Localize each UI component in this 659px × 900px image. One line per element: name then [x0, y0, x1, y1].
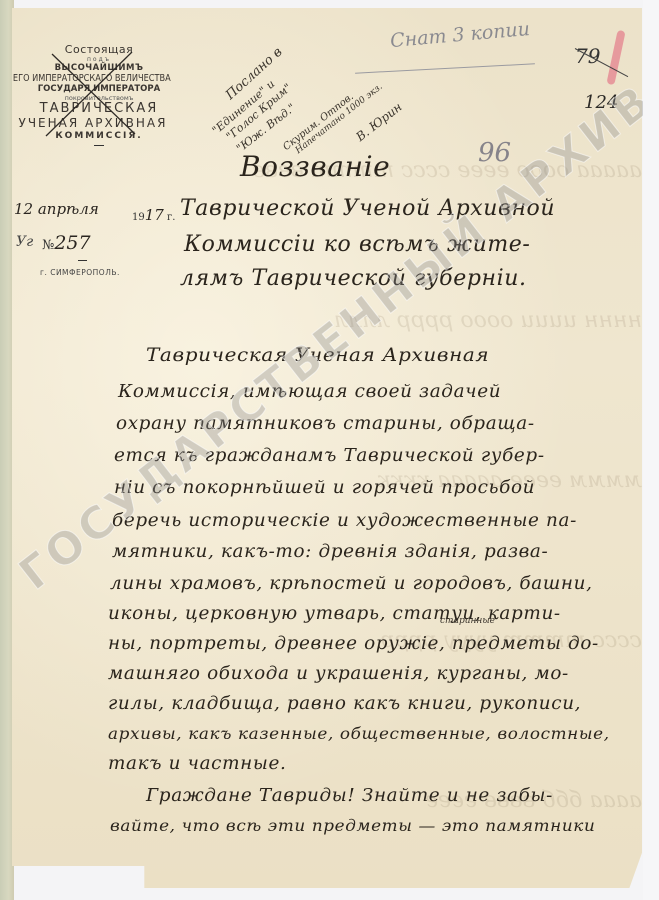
- body-line: охрану памятниковъ старины, обраща-: [116, 414, 535, 434]
- year-printed: 19: [132, 212, 145, 223]
- divider: [94, 145, 104, 146]
- letterhead-line: Состоящая: [14, 44, 184, 57]
- year-suffix: г.: [167, 212, 175, 223]
- side-mark: Уг: [16, 234, 33, 250]
- binding-strip: [0, 0, 14, 900]
- body-line: архивы, какъ казенные, общественные, вол…: [108, 724, 610, 743]
- body-line: беречь историческіе и художественные па-: [112, 511, 577, 531]
- body-line: мятники, какъ-то: древнія зданія, разва-: [112, 542, 548, 562]
- body-line: гилы, кладбища, равно какъ книги, рукопи…: [108, 694, 581, 714]
- body-line: такъ и частные.: [108, 754, 286, 774]
- body-line: Таврическая Ученая Архивная: [146, 344, 489, 366]
- letterhead-line: ТАВРИЧЕСКАЯ: [14, 102, 184, 117]
- letterhead-line: УЧЕНАЯ АРХИВНАЯ: [2, 117, 184, 131]
- subtitle-line: Коммиссіи ко всѣмъ жите-: [184, 232, 530, 257]
- number-handwritten: 257: [54, 232, 90, 254]
- body-line: ны, портреты, древнее оружіе, предметы д…: [108, 634, 599, 654]
- letterhead-line: ЕГО ИМПЕРАТОРСКАГО ВЕЛИЧЕСТВА: [13, 73, 167, 85]
- letterhead-line: ВЫСОЧАЙШИМЪ: [14, 64, 184, 74]
- closing-line: вайте, что всѣ эти предметы — это памятн…: [110, 816, 595, 835]
- body-line: ніи съ покорнѣйшей и горячей просьбой: [114, 478, 535, 498]
- letterhead-line: КОММИССІЯ.: [14, 131, 184, 141]
- folio-number: 124: [584, 92, 618, 113]
- closing-line: Граждане Тавриды! Знайте и не забы-: [146, 786, 553, 806]
- number-prefix: №: [42, 238, 54, 253]
- pencil-number-mark: 96: [478, 138, 511, 168]
- city-label: г. СИМФЕРОПОЛЬ.: [40, 268, 120, 277]
- divider: [78, 260, 87, 261]
- body-line: ется къ гражданамъ Таврической губер-: [114, 446, 545, 466]
- document-number: №257: [42, 232, 91, 254]
- subtitle-line: Таврической Ученой Архивной: [180, 196, 555, 221]
- body-line: машняго обихода и украшенія, курганы, мо…: [108, 664, 569, 684]
- letter-title: Воззваніе: [240, 150, 390, 183]
- body-line: Коммиссія, имѣющая своей задачей: [118, 382, 501, 402]
- date-year: 1917 г.: [132, 206, 175, 224]
- subtitle-line: лямъ Таврической губерніи.: [180, 266, 527, 291]
- printed-letterhead: Состоящая подъ ВЫСОЧАЙШИМЪ ЕГО ИМПЕРАТОР…: [14, 44, 184, 150]
- year-handwritten: 17: [145, 206, 164, 224]
- interlinear-insertion: старинные: [440, 616, 495, 626]
- ink-bleed-through: нннн ииии оооо рррр лллл: [12, 308, 642, 333]
- body-line: лины храмовъ, крѣпостей и городовъ, башн…: [110, 574, 593, 594]
- scan-background: [643, 0, 659, 900]
- date-handwritten: 12 апрѣля: [14, 200, 99, 218]
